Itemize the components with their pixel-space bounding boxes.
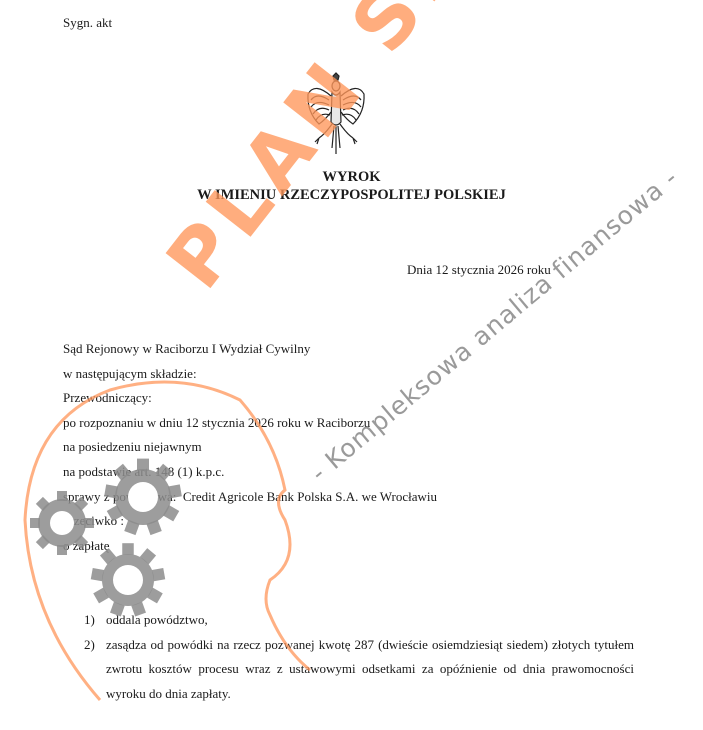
judgment-title: WYROK	[0, 168, 703, 186]
judgment-subtitle: W IMIENIU RZECZYPOSPOLITEJ POLSKIEJ	[0, 186, 703, 204]
document-page: Sygn. akt WYROK W IMIENIU RZECZYPOSPOLIT…	[0, 0, 703, 730]
judgment-heading: WYROK W IMIENIU RZECZYPOSPOLITEJ POLSKIE…	[0, 168, 703, 204]
preamble-line: na posiedzeniu niejawnym	[63, 435, 437, 460]
ruling-item: 2) zasądza od powódki na rzecz pozwanej …	[84, 633, 634, 707]
preamble-line: Sąd Rejonowy w Raciborzu I Wydział Cywil…	[63, 337, 437, 362]
ruling-item: 1) oddala powództwo,	[84, 608, 634, 633]
ruling-text: oddala powództwo,	[106, 608, 634, 633]
ruling-number: 1)	[84, 608, 106, 633]
rulings-list: 1) oddala powództwo, 2) zasądza od powód…	[84, 608, 634, 706]
polish-eagle-emblem-icon	[305, 72, 367, 162]
preamble-line: sprawy z powództwa: Credit Agricole Bank…	[63, 485, 437, 510]
preamble-line: w następującym składzie:	[63, 362, 437, 387]
ruling-number: 2)	[84, 633, 106, 707]
judgment-preamble: Sąd Rejonowy w Raciborzu I Wydział Cywil…	[63, 337, 437, 558]
preamble-line: Przewodniczący:	[63, 386, 437, 411]
preamble-line: przeciwko :	[63, 509, 437, 534]
judgment-date: Dnia 12 stycznia 2026 roku	[407, 262, 551, 278]
preamble-line: po rozpoznaniu w dniu 12 stycznia 2026 r…	[63, 411, 437, 436]
case-signature-label: Sygn. akt	[63, 15, 112, 31]
preamble-line: o zapłatę	[63, 534, 437, 559]
preamble-line: na podstawie art. 148 (1) k.p.c.	[63, 460, 437, 485]
ruling-text: zasądza od powódki na rzecz pozwanej kwo…	[106, 633, 634, 707]
